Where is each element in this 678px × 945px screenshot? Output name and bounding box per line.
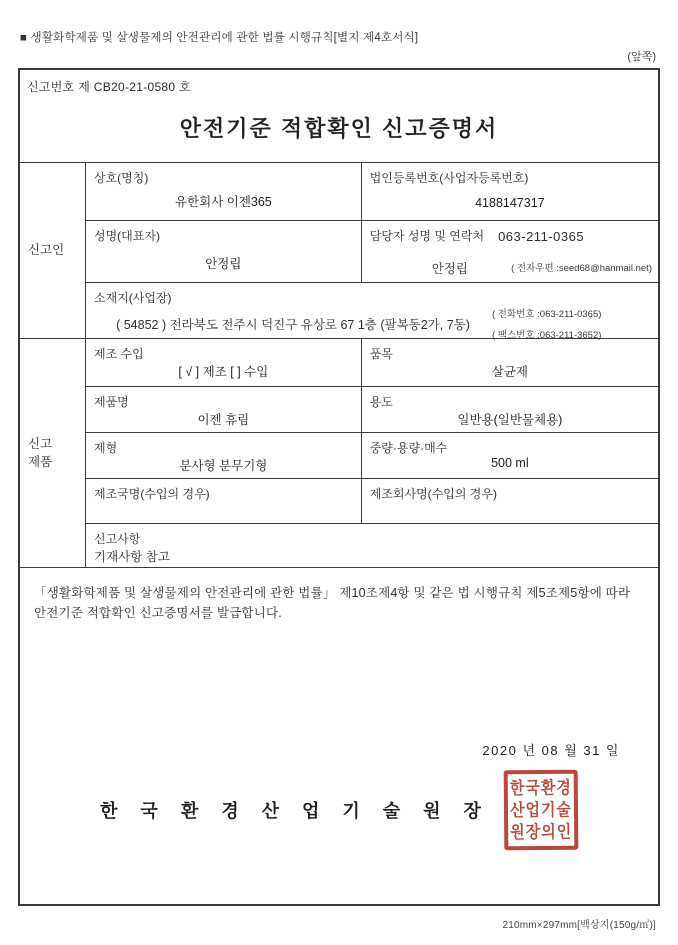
origin-country-cell: 제조국명(수입의 경우) [86, 479, 361, 523]
seal-row-2: 산업기술 [510, 801, 572, 819]
certificate-box: 신고번호 제 CB20-21-0580 호 안전기준 적합확인 신고증명서 신고… [18, 68, 660, 906]
issuance-area: 「생활화학제품 및 살생물제의 안전관리에 관한 법률」 제10조제4항 및 같… [20, 567, 658, 904]
manager-contact-label: 담당자 성명 및 연락처 [370, 227, 484, 244]
mfg-import-label: 제조 수입 [94, 345, 353, 362]
table-row: 성명(대표자) 안정립 담당자 성명 및 연락처 063-211-0365 안정… [86, 221, 658, 283]
manager-contact-top: 담당자 성명 및 연락처 063-211-0365 [370, 227, 650, 244]
weight-cell: 중량·용량·매수 500 ml [361, 433, 658, 478]
report-items-cell: 신고사항 기재사항 참고 [86, 524, 658, 567]
company-name-value: 유한회사 이젠365 [94, 192, 353, 210]
table-row: 제형 분사형 분무기형 중량·용량·매수 500 ml [86, 433, 658, 479]
corp-reg-label: 법인등록번호(사업자등록번호) [370, 169, 650, 186]
corp-reg-cell: 법인등록번호(사업자등록번호) 4188147317 [361, 163, 658, 220]
issuance-statement: 「생활화학제품 및 살생물제의 안전관리에 관한 법률」 제10조제4항 및 같… [34, 583, 644, 623]
address-label: 소재지(사업장) [94, 289, 650, 306]
company-name-label: 상호(명칭) [94, 169, 353, 186]
applicant-rows: 상호(명칭) 유한회사 이젠365 법인등록번호(사업자등록번호) 418814… [86, 163, 658, 338]
representative-cell: 성명(대표자) 안정립 [86, 221, 361, 282]
applicant-section-label: 신고인 [20, 163, 86, 338]
product-rows: 제조 수입 [ √ ] 제조 [ ] 수입 품목 살균제 제품명 이젠 휴림 용… [86, 339, 658, 567]
address-body: ( 54852 ) 전라북도 전주시 덕진구 유상로 67 1층 (팔복동2가,… [94, 306, 650, 341]
form-value: 분사형 분무기형 [94, 456, 353, 474]
form-cell: 제형 분사형 분무기형 [86, 433, 361, 478]
applicant-section-label-text: 신고인 [28, 241, 85, 259]
use-cell: 용도 일반용(일반물체용) [361, 387, 658, 432]
representative-value: 안정립 [94, 254, 353, 272]
origin-country-label: 제조국명(수입의 경우) [94, 485, 353, 502]
table-row: 제조 수입 [ √ ] 제조 [ ] 수입 품목 살균제 [86, 339, 658, 387]
issuer-name: 한 국 환 경 산 업 기 술 원 장 [100, 797, 490, 823]
manager-name: 안정립 [370, 259, 530, 277]
front-side-note: (앞쪽) [627, 48, 656, 64]
item-label: 품목 [370, 345, 650, 362]
paper-spec-note: 210mm×297mm[백상지(150g/㎡)] [502, 916, 656, 931]
use-label: 용도 [370, 393, 650, 410]
address-value: ( 54852 ) 전라북도 전주시 덕진구 유상로 67 1층 (팔복동2가,… [94, 315, 492, 333]
mfg-import-cell: 제조 수입 [ √ ] 제조 [ ] 수입 [86, 339, 361, 386]
representative-label: 성명(대표자) [94, 227, 353, 244]
weight-value: 500 ml [370, 456, 650, 470]
table-row: 소재지(사업장) ( 54852 ) 전라북도 전주시 덕진구 유상로 67 1… [86, 283, 658, 338]
product-section: 신고 제품 제조 수입 [ √ ] 제조 [ ] 수입 품목 살균제 제 [20, 338, 658, 567]
table-row: 제조국명(수입의 경우) 제조회사명(수입의 경우) [86, 479, 658, 524]
certificate-page: ■ 생활화학제품 및 살생물제의 안전관리에 관한 법률 시행규칙[별지 제4호… [0, 0, 678, 945]
report-number: 신고번호 제 CB20-21-0580 호 [27, 78, 191, 95]
product-section-label-line2: 제품 [28, 453, 85, 471]
manager-phone: 063-211-0365 [498, 229, 584, 244]
address-tel: ( 전화번호 :063-211-0365) [492, 306, 650, 320]
table-row: 제품명 이젠 휴림 용도 일반용(일반물체용) [86, 387, 658, 433]
item-cell: 품목 살균제 [361, 339, 658, 386]
manager-contact-bottom: 안정립 ( 전자우편 :seed68@hanmail.net) [370, 259, 650, 274]
mfg-import-checkbox-value: [ √ ] 제조 [ ] 수입 [94, 362, 353, 380]
product-section-label: 신고 제품 [20, 339, 86, 567]
product-name-value: 이젠 휴림 [94, 410, 353, 428]
seal-row-3: 원장의인 [510, 823, 572, 841]
address-cell: 소재지(사업장) ( 54852 ) 전라북도 전주시 덕진구 유상로 67 1… [86, 283, 658, 338]
company-name-cell: 상호(명칭) 유한회사 이젠365 [86, 163, 361, 220]
weight-label: 중량·용량·매수 [370, 439, 650, 456]
maker-name-label: 제조회사명(수입의 경우) [370, 485, 650, 502]
product-name-cell: 제품명 이젠 휴림 [86, 387, 361, 432]
form-label: 제형 [94, 439, 353, 456]
product-section-label-line1: 신고 [28, 435, 85, 453]
product-name-label: 제품명 [94, 393, 353, 410]
table-row: 상호(명칭) 유한회사 이젠365 법인등록번호(사업자등록번호) 418814… [86, 163, 658, 221]
issue-date: 2020 년 08 월 31 일 [482, 740, 620, 759]
corp-reg-value: 4188147317 [370, 196, 650, 210]
manager-contact-cell: 담당자 성명 및 연락처 063-211-0365 안정립 ( 전자우편 :se… [361, 221, 658, 282]
report-items-value: 기재사항 참고 [94, 547, 650, 565]
regulation-header: ■ 생활화학제품 및 살생물제의 안전관리에 관한 법률 시행규칙[별지 제4호… [20, 29, 418, 45]
maker-name-cell: 제조회사명(수입의 경우) [361, 479, 658, 523]
official-seal-stamp-icon: 한국환경 산업기술 원장의인 [504, 770, 579, 851]
use-value: 일반용(일반물체용) [370, 410, 650, 428]
seal-row-1: 한국환경 [510, 779, 572, 797]
table-row: 신고사항 기재사항 참고 [86, 524, 658, 567]
applicant-section: 신고인 상호(명칭) 유한회사 이젠365 법인등록번호(사업자등록번호) 41… [20, 162, 658, 338]
issuer-row: 한 국 환 경 산 업 기 술 원 장 한국환경 산업기술 원장의인 [20, 766, 658, 854]
certificate-header: 신고번호 제 CB20-21-0580 호 안전기준 적합확인 신고증명서 [20, 70, 658, 162]
item-value: 살균제 [370, 362, 650, 380]
address-contacts: ( 전화번호 :063-211-0365) ( 팩스번호 :063-211-36… [492, 306, 650, 341]
page-title: 안전기준 적합확인 신고증명서 [20, 112, 658, 143]
manager-email: ( 전자우편 :seed68@hanmail.net) [511, 260, 652, 274]
report-items-label: 신고사항 [94, 530, 650, 547]
